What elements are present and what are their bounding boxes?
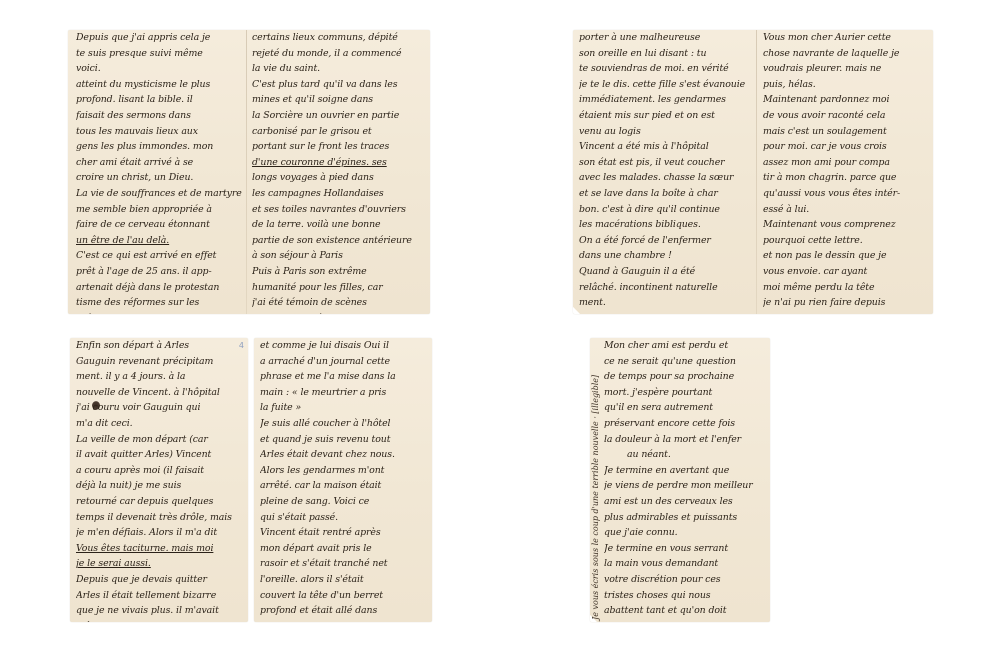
text-line: son état est pis, il veut coucher [579, 155, 755, 171]
text-line: carbonisé par le grisou et [252, 124, 426, 140]
text-line: Quand à Gauguin il a été [579, 264, 755, 280]
text-line: dans une chambre ! [579, 248, 755, 264]
text-line: vous envoie. car ayant [763, 264, 929, 280]
text-line: Je termine en vous serrant [604, 541, 768, 557]
text-line: Maintenant vous comprenez [763, 217, 929, 233]
text-line: Alors les gendarmes m'ont [260, 463, 430, 479]
text-line: l'oreille. alors il s'était [260, 572, 430, 588]
text-line: phrase et me l'a mise dans la [260, 369, 430, 385]
text-line: humanité pour les filles, car [252, 280, 426, 296]
text-line-underlined: un être de l'au delà. [76, 233, 244, 249]
text-line: porter à une malheureuse [579, 30, 755, 46]
text-line: les campagnes Hollandaises [252, 186, 426, 202]
text-line: rejeté du monde, il a commencé [252, 46, 426, 62]
text-line: Depuis que j'ai appris cela je [76, 30, 244, 46]
text-line: tisme des réformes sur les [76, 295, 244, 311]
text-line: et se lave dans la boîte à char [579, 186, 755, 202]
text-line: temps il devenait très drôle, mais [76, 510, 246, 526]
text-line: étaient mis sur pied et on est [579, 108, 755, 124]
text-line: main : « le meurtrier a pris [260, 385, 430, 401]
text-line: la Sorcière un ouvrier en partie [252, 108, 426, 124]
text-line: a arraché d'un journal cette [260, 354, 430, 370]
text-line: que j'aie connu. [604, 525, 768, 541]
text-line: mon départ avait pris le [260, 541, 430, 557]
text-line: partie de son existence antérieure [252, 233, 426, 249]
text-line: ment. [579, 295, 755, 311]
text-column-left: porter à une malheureuse son oreille en … [579, 30, 755, 311]
text-line: bon. c'est à dire qu'il continue [579, 202, 755, 218]
text-line: couvert la tête d'un berret [260, 588, 430, 604]
text-line: Puis à Paris son extrême [252, 264, 426, 280]
text-line: votre discrétion pour ces [604, 572, 768, 588]
text-line: nouvelle de Vincent. à l'hôpital [76, 385, 246, 401]
text-line: plus admirables et puissants [604, 510, 768, 526]
text-line: je m'en défiais. Alors il m'a dit [76, 525, 246, 541]
text-line-underlined: Vous êtes taciturne. mais moi [76, 541, 246, 557]
text-line: ami est un des cerveaux les [604, 494, 768, 510]
text-line: mines et qu'il soigne dans [252, 92, 426, 108]
text-line: te souviendras de moi. en vérité [579, 61, 755, 77]
text-line: Mon cher ami est perdu et [604, 338, 768, 354]
text-line: et quand je suis revenu tout [260, 432, 430, 448]
text-line: pourquoi cette lettre. [763, 233, 929, 249]
text-line: immédiatement. les gendarmes [579, 92, 755, 108]
text-line: puis, hélas. [763, 77, 929, 93]
text-line: Vincent était rentré après [260, 525, 430, 541]
text-line: relâché. incontinent naturelle [579, 280, 755, 296]
text-line: cher ami était arrivé à se [76, 155, 244, 171]
text-line: qu'aussi vous vous êtes intér- [763, 186, 929, 202]
text-line: préservant encore cette fois [604, 416, 768, 432]
text-line: La vie de souffrances et de martyre [76, 186, 244, 202]
text-line: de temps pour sa prochaine [604, 369, 768, 385]
margin-note-vertical: Je vous écris sous le coup d'une terribl… [591, 350, 600, 620]
text-line: la main vous demandant [604, 556, 768, 572]
text-line: j'ai été témoin de scènes [252, 295, 426, 311]
text-line: me semble bien appropriée à [76, 202, 244, 218]
text-line: ment. il y a 4 jours. à la [76, 369, 246, 385]
text-column-right: certains lieux communs, dépité rejeté du… [252, 30, 426, 314]
text-line: mort. j'espère pourtant [604, 385, 768, 401]
text-line: il avait quitter Arles) Vincent [76, 447, 246, 463]
text-line: et comme je lui disais Oui il [260, 338, 430, 354]
text-line: profond. lisant la bible. il [76, 92, 244, 108]
text-line: de la terre. voilà une bonne [252, 217, 426, 233]
text-line: gens les plus immondes. mon [76, 139, 244, 155]
text-line: m'a dit ceci. [76, 416, 246, 432]
text-line: essé à lui. [763, 202, 929, 218]
text-line: atteint du mysticisme le plus [76, 77, 244, 93]
letter-sheet-bottom-left-b: et comme je lui disais Oui il a arraché … [254, 338, 432, 622]
text-line: Dimanche. [763, 311, 929, 314]
text-column: et comme je lui disais Oui il a arraché … [260, 338, 430, 622]
text-line: Vous mon cher Aurier cette [763, 30, 929, 46]
letter-sheet-bottom-right: Je vous écris sous le coup d'une terribl… [590, 338, 770, 622]
text-line: déjà la nuit) je me suis [76, 478, 246, 494]
text-line: te suis presque suivi même [76, 46, 244, 62]
text-line: C'est ce qui est arrivé en effet [76, 248, 244, 264]
text-line-underlined: d'une couronne d'épines. ses [252, 155, 426, 171]
text-line: rasoir et s'était tranché net [260, 556, 430, 572]
text-line: prêt à l'age de 25 ans. il app- [76, 264, 244, 280]
text-line: portant sur le front les traces [252, 139, 426, 155]
text-line: C'est plus tard qu'il va dans les [252, 77, 426, 93]
text-line: a couru après moi (il faisait [76, 463, 246, 479]
text-line: retourné car depuis quelques [76, 494, 246, 510]
text-line: cacher. Car il a honte encore [604, 619, 768, 622]
text-line: profond et était allé dans [260, 603, 430, 619]
text-line: théories anti-naturelles de [76, 311, 244, 314]
text-line: On a été forcé de l'enfermer [579, 233, 755, 249]
text-line: les macérations bibliques. [579, 217, 755, 233]
fold-line [246, 30, 247, 314]
text-line: même dit : Vous allez partir [76, 619, 246, 622]
text-column-left: Depuis que j'ai appris cela je te suis p… [76, 30, 244, 314]
text-line: j'ai couru voir Gauguin qui [76, 400, 246, 416]
text-column: Enfin son départ à Arles Gauguin revenan… [76, 338, 246, 622]
text-line: à son séjour à Paris [252, 248, 426, 264]
letter-sheet-top-left: Depuis que j'ai appris cela je te suis p… [68, 30, 430, 314]
text-line: arrêté. car la maison était [260, 478, 430, 494]
text-column-right: Vous mon cher Aurier cette chose navrant… [763, 30, 929, 314]
text-line: son oreille en lui disant : tu [579, 46, 755, 62]
text-line: de vous avoir raconté cela [763, 108, 929, 124]
text-line: je n'ai pu rien faire depuis [763, 295, 929, 311]
text-line: je viens de perdre mon meilleur [604, 478, 768, 494]
text-line: ce ne serait qu'une question [604, 354, 768, 370]
text-line: artenait déjà dans le protestan [76, 280, 244, 296]
text-line: Je suis allé coucher à l'hôtel [260, 416, 430, 432]
text-line: chose navrante de laquelle je [763, 46, 929, 62]
text-line: pleine de sang. Voici ce [260, 494, 430, 510]
text-line: La veille de mon départ (car [76, 432, 246, 448]
text-line: croire un christ, un Dieu. [76, 170, 244, 186]
text-line: mais c'est un soulagement [763, 124, 929, 140]
text-line: tir à mon chagrin. parce que [763, 170, 929, 186]
letter-sheet-top-right: porter à une malheureuse son oreille en … [573, 30, 933, 314]
text-line: voudrais pleurer. mais ne [763, 61, 929, 77]
text-line: Arles était devant chez nous. [260, 447, 430, 463]
text-line: pour moi. car je vous crois [763, 139, 929, 155]
text-line: Gauguin revenant précipitam [76, 354, 246, 370]
text-line: moi même perdu la tête [763, 280, 929, 296]
fold-line [756, 30, 757, 314]
text-line: avec les malades. chasse la sœur [579, 170, 755, 186]
text-line: qui s'était passé. [260, 510, 430, 526]
text-line: certains lieux communs, dépité [252, 30, 426, 46]
text-line: que je ne vivais plus. il m'avait [76, 603, 246, 619]
text-line: qu'il en sera autrement [604, 400, 768, 416]
text-line: Depuis que je devais quitter [76, 572, 246, 588]
text-line: la douleur à la mort et l'enfer [604, 432, 768, 448]
text-line: Enfin son départ à Arles [76, 338, 246, 354]
text-line: Je termine en avertant que [604, 463, 768, 479]
text-line: abattent tant et qu'on doit [604, 603, 768, 619]
text-line: assez mon ami pour compa [763, 155, 929, 171]
text-line: sublimes de dévouement de [252, 311, 426, 314]
text-line: tristes choses qui nous [604, 588, 768, 604]
text-line: voici. [76, 61, 244, 77]
text-line: au néant. [604, 447, 768, 463]
text-line: Arles il était tellement bizarre [76, 588, 246, 604]
text-line: et ses toiles navrantes d'ouvriers [252, 202, 426, 218]
text-line: je te le dis. cette fille s'est évanouie [579, 77, 755, 93]
letter-sheet-bottom-left-a: 4 Enfin son départ à Arles Gauguin reven… [70, 338, 248, 622]
text-line: venu au logis [579, 124, 755, 140]
text-line: faire de ce cerveau étonnant [76, 217, 244, 233]
text-line: la vie du saint. [252, 61, 426, 77]
text-line: Vincent a été mis à l'hôpital [579, 139, 755, 155]
text-line: longs voyages à pied dans [252, 170, 426, 186]
text-line: faisait des sermons dans [76, 108, 244, 124]
text-line: la fuite » [260, 400, 430, 416]
text-line: Maintenant pardonnez moi [763, 92, 929, 108]
text-line-underlined: je le serai aussi. [76, 556, 246, 572]
text-line: et non pas le dessin que je [763, 248, 929, 264]
text-column: Mon cher ami est perdu et ce ne serait q… [604, 338, 768, 622]
text-line: tous les mauvais lieux aux [76, 124, 244, 140]
text-line-underlined: une maison publique [260, 619, 430, 622]
